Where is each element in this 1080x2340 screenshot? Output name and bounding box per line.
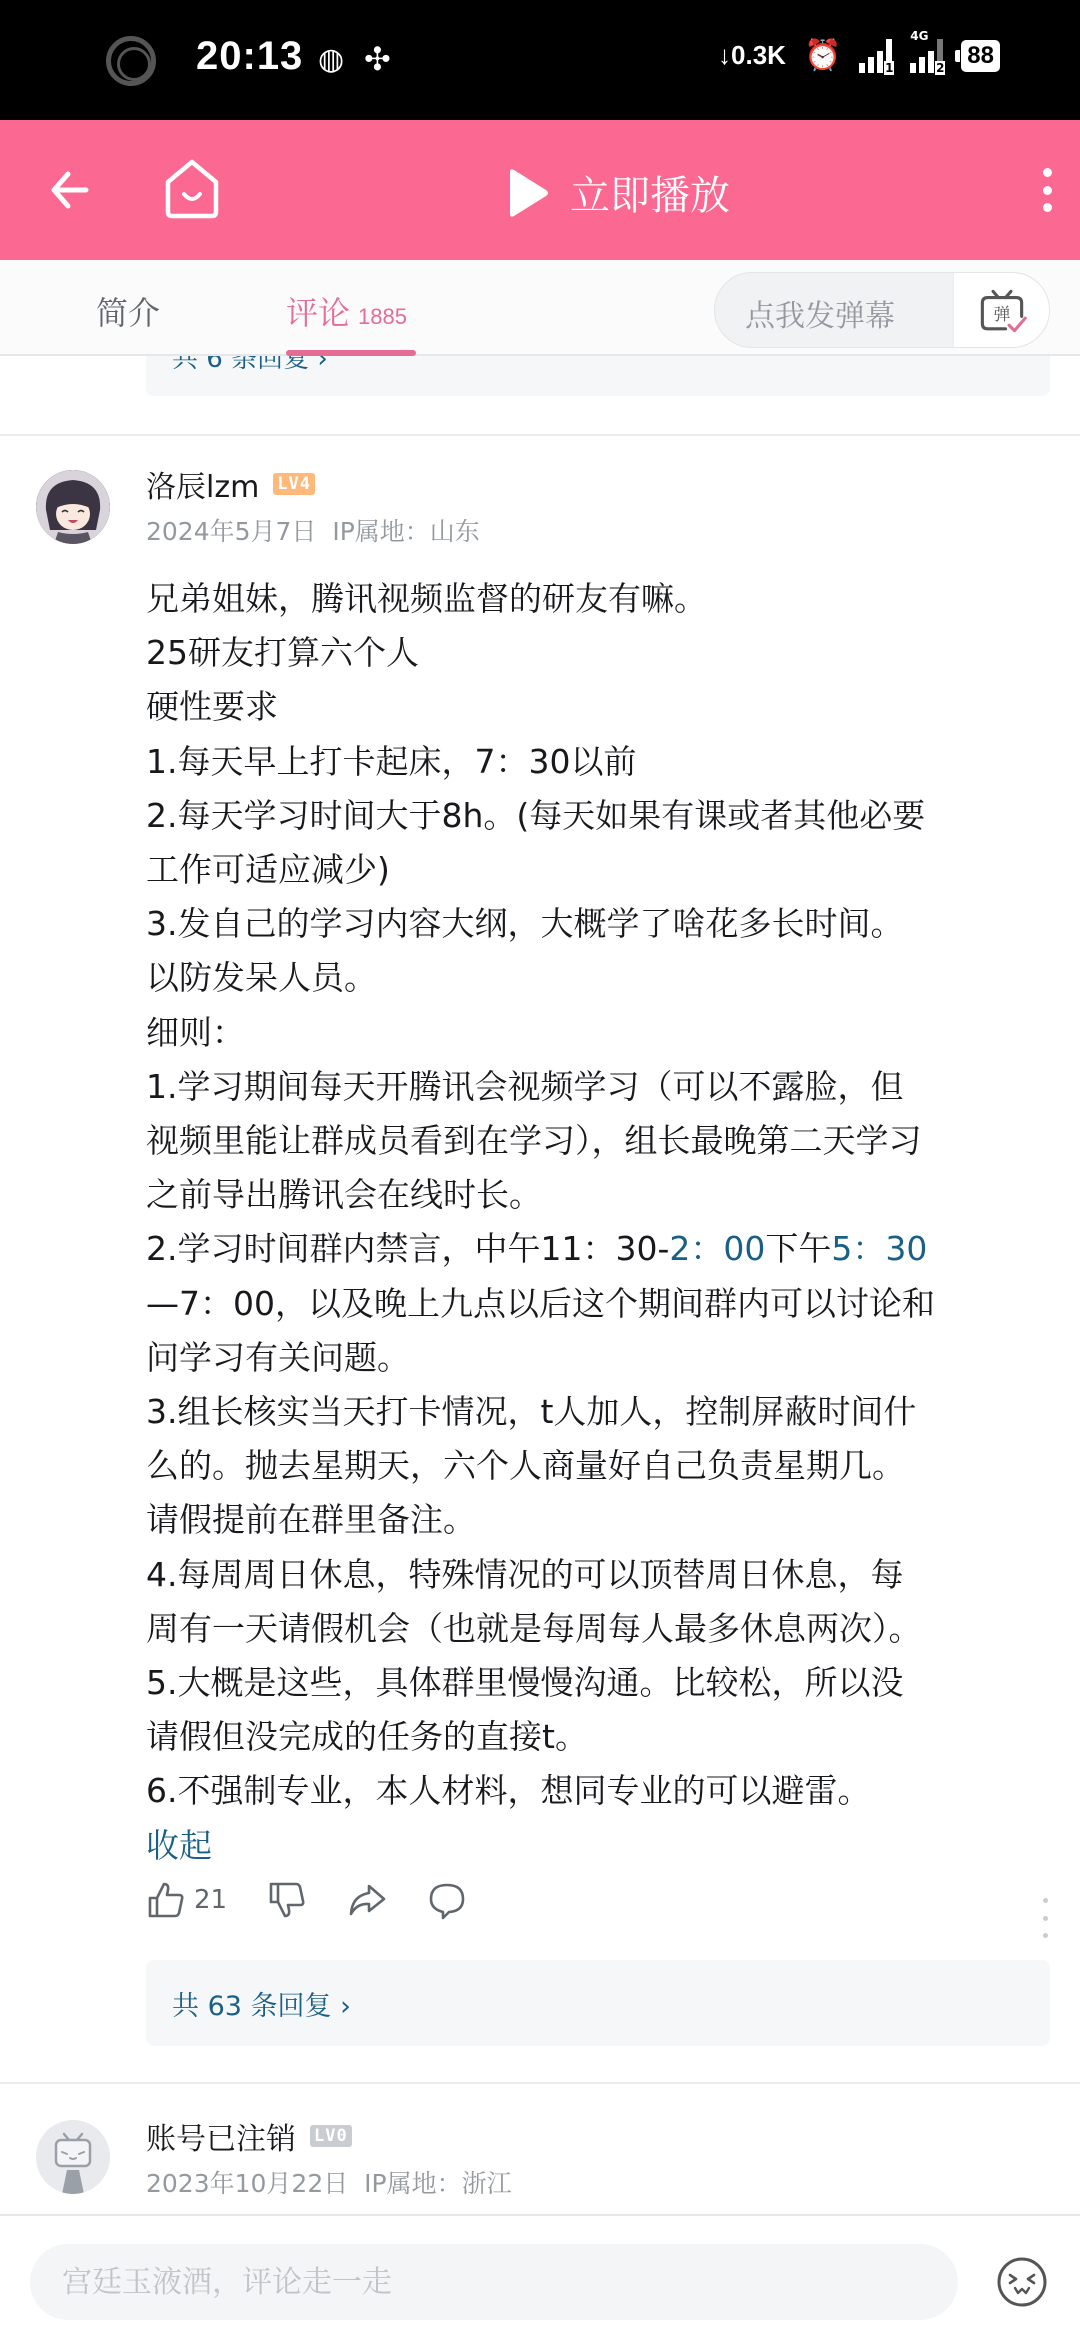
like-button[interactable]: 21	[146, 1880, 227, 1920]
comment-line: 工作可适应减少)	[146, 843, 1056, 897]
battery-indicator: 88	[961, 40, 1000, 72]
danmaku-bar: 点我发弹幕 弹	[714, 272, 1050, 348]
level-badge: LV4	[273, 473, 315, 495]
time-search-link[interactable]: 5：30	[831, 1229, 927, 1268]
previous-reply-box[interactable]: 共 6 条回复 ›	[146, 356, 1050, 396]
comment-line: 兄弟姐妹，腾讯视频监督的研友有嘛。	[146, 572, 1056, 626]
emoji-face-icon	[996, 2256, 1048, 2308]
username[interactable]: 账号已注销	[146, 2114, 296, 2158]
comment-line: 周有一天请假机会（也就是每周每人最多休息两次）。	[146, 1602, 1056, 1656]
alarm-icon: ⏰	[804, 38, 841, 73]
comment-line: 视频里能让群成员看到在学习），组长最晚第二天学习	[146, 1114, 1056, 1168]
play-icon	[506, 168, 550, 218]
signal-sim1-icon: 1	[859, 39, 892, 73]
thumbs-down-icon	[267, 1880, 307, 1920]
comment-line: 么的。抛去星期天，六个人商量好自己负责星期几。	[146, 1439, 1056, 1493]
emoji-button[interactable]	[996, 2256, 1048, 2308]
ip-location: IP属地：浙江	[364, 2169, 511, 2198]
comment-author: 账号已注销 LV0	[146, 2114, 352, 2158]
comment-line: 请假提前在群里备注。	[146, 1493, 1056, 1547]
comment-date: 2024年5月7日	[146, 517, 316, 546]
network-speed: ↓0.3K	[718, 40, 786, 71]
home-button[interactable]	[162, 156, 222, 220]
comment-actions: 21	[146, 1880, 507, 1920]
comment-author: 洛辰lzm LV4	[146, 462, 315, 506]
clock: 20:13	[196, 34, 303, 79]
comment-line: 1.每天早上打卡起床，7：30以前	[146, 735, 1056, 789]
comment-line: —7：00，以及晚上九点以后这个期间群内可以讨论和	[146, 1277, 1056, 1331]
home-icon	[162, 156, 222, 220]
comment-line: 2.每天学习时间大于8h。(每天如果有课或者其他必要	[146, 789, 1056, 843]
comment-divider	[0, 2082, 1080, 2084]
view-replies-link[interactable]: 共 63 条回复 ›	[172, 1984, 351, 2023]
comment-meta: 2023年10月22日 IP属地：浙江	[146, 2164, 512, 2200]
comment-line: 25研友打算六个人	[146, 626, 1056, 680]
anime-avatar-icon	[36, 470, 110, 544]
danmaku-input[interactable]: 点我发弹幕	[745, 291, 895, 335]
dot	[1043, 1933, 1048, 1938]
tab-comments[interactable]: 评论 1885	[286, 288, 407, 334]
dot	[1043, 1916, 1048, 1921]
ip-location: IP属地：山东	[332, 517, 479, 546]
default-tv-avatar-icon	[36, 2120, 110, 2194]
like-count: 21	[194, 1885, 227, 1915]
comment-line: 3.组长核实当天打卡情况，t人加人，控制屏蔽时间什	[146, 1385, 1056, 1439]
comment-line: 细则：	[146, 1006, 1056, 1060]
comment-line: 5.大概是这些，具体群里慢慢沟通。比较松，所以没	[146, 1656, 1056, 1710]
danmaku-tv-icon: 弹	[977, 286, 1027, 336]
dot	[1043, 203, 1052, 212]
comment-count: 1885	[358, 304, 407, 330]
username[interactable]: 洛辰lzm	[146, 462, 259, 506]
level-badge: LV0	[310, 2125, 352, 2147]
comment-line: 2.学习时间群内禁言，中午11：30-2：00下午5：30	[146, 1222, 1056, 1276]
china-mobile-icon: ◍	[318, 42, 344, 77]
comment-line: 3.发自己的学习内容大纲，大概学了啥花多长时间。	[146, 897, 1056, 951]
play-now-button[interactable]: 立即播放	[506, 164, 730, 221]
danmaku-toggle-button[interactable]: 弹	[953, 273, 1049, 348]
bottom-comment-bar	[0, 2214, 1080, 2340]
china-unicom-icon: ✣	[364, 40, 391, 78]
signal-sim2-icon: 4G 2	[910, 39, 943, 73]
tab-comments-label: 评论	[286, 288, 350, 334]
comment-line: 之前导出腾讯会在线时长。	[146, 1168, 1056, 1222]
more-options-button[interactable]	[1032, 160, 1062, 220]
tab-bar: 简介 评论 1885 点我发弹幕 弹	[0, 260, 1080, 356]
comment-line: 硬性要求	[146, 680, 1056, 734]
comment-divider	[0, 434, 1080, 436]
avatar[interactable]	[36, 2120, 110, 2194]
arrow-left-icon	[46, 160, 106, 220]
dot	[1043, 1898, 1048, 1903]
back-button[interactable]	[46, 160, 106, 220]
replies-box[interactable]: 共 63 条回复 ›	[146, 1960, 1050, 2046]
dot	[1043, 186, 1052, 195]
dislike-button[interactable]	[267, 1880, 307, 1920]
comment-more-button[interactable]	[1040, 1898, 1050, 1938]
collapse-button[interactable]: 收起	[146, 1819, 1056, 1873]
comment-line: 问学习有关问题。	[146, 1331, 1056, 1385]
thumbs-up-icon	[146, 1880, 186, 1920]
comment-line: 1.学习期间每天开腾讯会视频学习（可以不露脸，但	[146, 1060, 1056, 1114]
svg-text:弹: 弹	[993, 304, 1010, 324]
top-bar: 立即播放	[0, 120, 1080, 260]
comment-line: 6.不强制专业，本人材料，想同专业的可以避雷。	[146, 1764, 1056, 1818]
status-indicators: ↓0.3K ⏰ 1 4G 2 88	[718, 38, 1000, 73]
share-arrow-icon	[347, 1880, 387, 1920]
comment-line: 以防发呆人员。	[146, 951, 1056, 1005]
avatar[interactable]	[36, 470, 110, 544]
comment-date: 2023年10月22日	[146, 2169, 348, 2198]
screen-record-icon	[106, 36, 156, 86]
comment-input[interactable]	[30, 2244, 958, 2320]
dot	[1043, 168, 1052, 177]
share-button[interactable]	[347, 1880, 387, 1920]
time-search-link[interactable]: 2：00	[669, 1229, 765, 1268]
comment-body: 兄弟姐妹，腾讯视频监督的研友有嘛。 25研友打算六个人 硬性要求 1.每天早上打…	[146, 572, 1056, 1873]
comment-line: 请假但没完成的任务的直接t。	[146, 1710, 1056, 1764]
tab-intro[interactable]: 简介	[96, 288, 160, 334]
previous-reply-link[interactable]: 共 6 条回复 ›	[172, 356, 328, 375]
reply-button[interactable]	[427, 1880, 467, 1920]
comment-meta: 2024年5月7日 IP属地：山东	[146, 512, 480, 548]
speech-bubble-icon	[427, 1880, 467, 1920]
play-now-label: 立即播放	[570, 164, 730, 221]
comment-line: 4.每周周日休息，特殊情况的可以顶替周日休息，每	[146, 1548, 1056, 1602]
status-bar: 20:13 ◍ ✣ ↓0.3K ⏰ 1 4G 2 88	[0, 0, 1080, 120]
